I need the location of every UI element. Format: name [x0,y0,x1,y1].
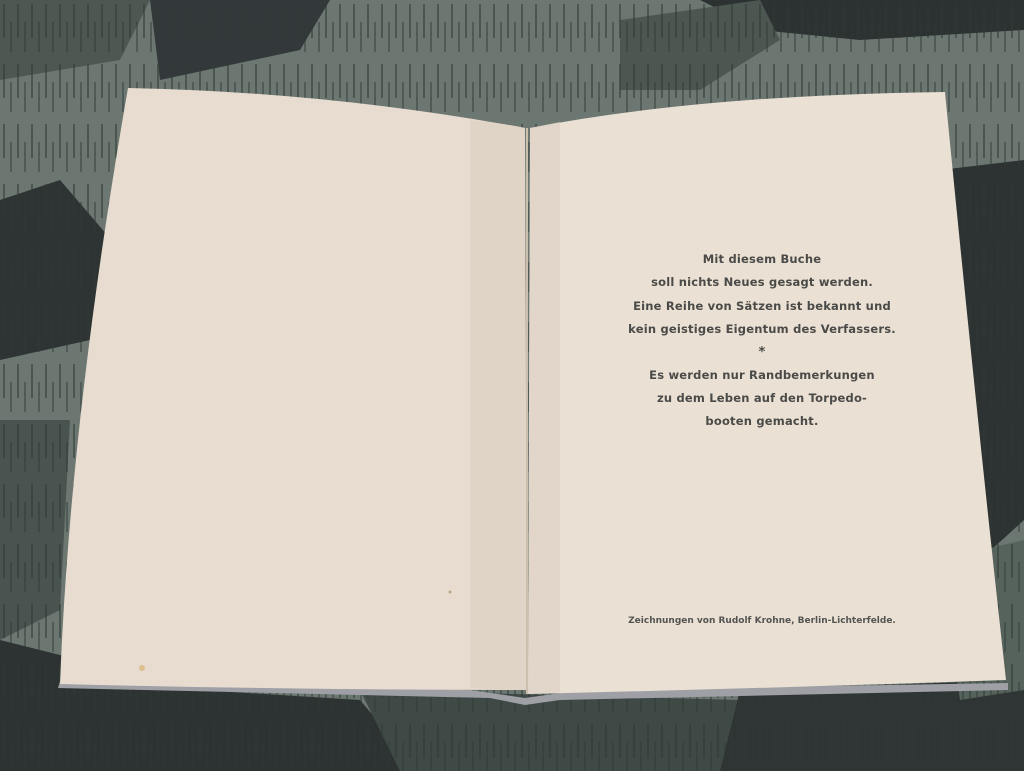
left-page [60,88,527,690]
preface-line: Es werden nur Randbemerkungen [612,364,912,387]
preface-line: zu dem Leben auf den Torpedo- [612,387,912,410]
preface-line: booten gemacht. [612,410,912,433]
asterisk-separator: * [612,342,912,364]
right-page-preface: Mit diesem Buche soll nichts Neues gesag… [612,248,912,434]
preface-line: Mit diesem Buche [612,248,912,271]
preface-line: kein geistiges Eigentum des Verfassers. [612,318,912,341]
illustration-credit: Zeichnungen von Rudolf Krohne, Berlin-Li… [612,616,912,626]
preface-line: Eine Reihe von Sätzen ist bekannt und [612,295,912,318]
preface-line: soll nichts Neues gesagt werden. [612,271,912,294]
